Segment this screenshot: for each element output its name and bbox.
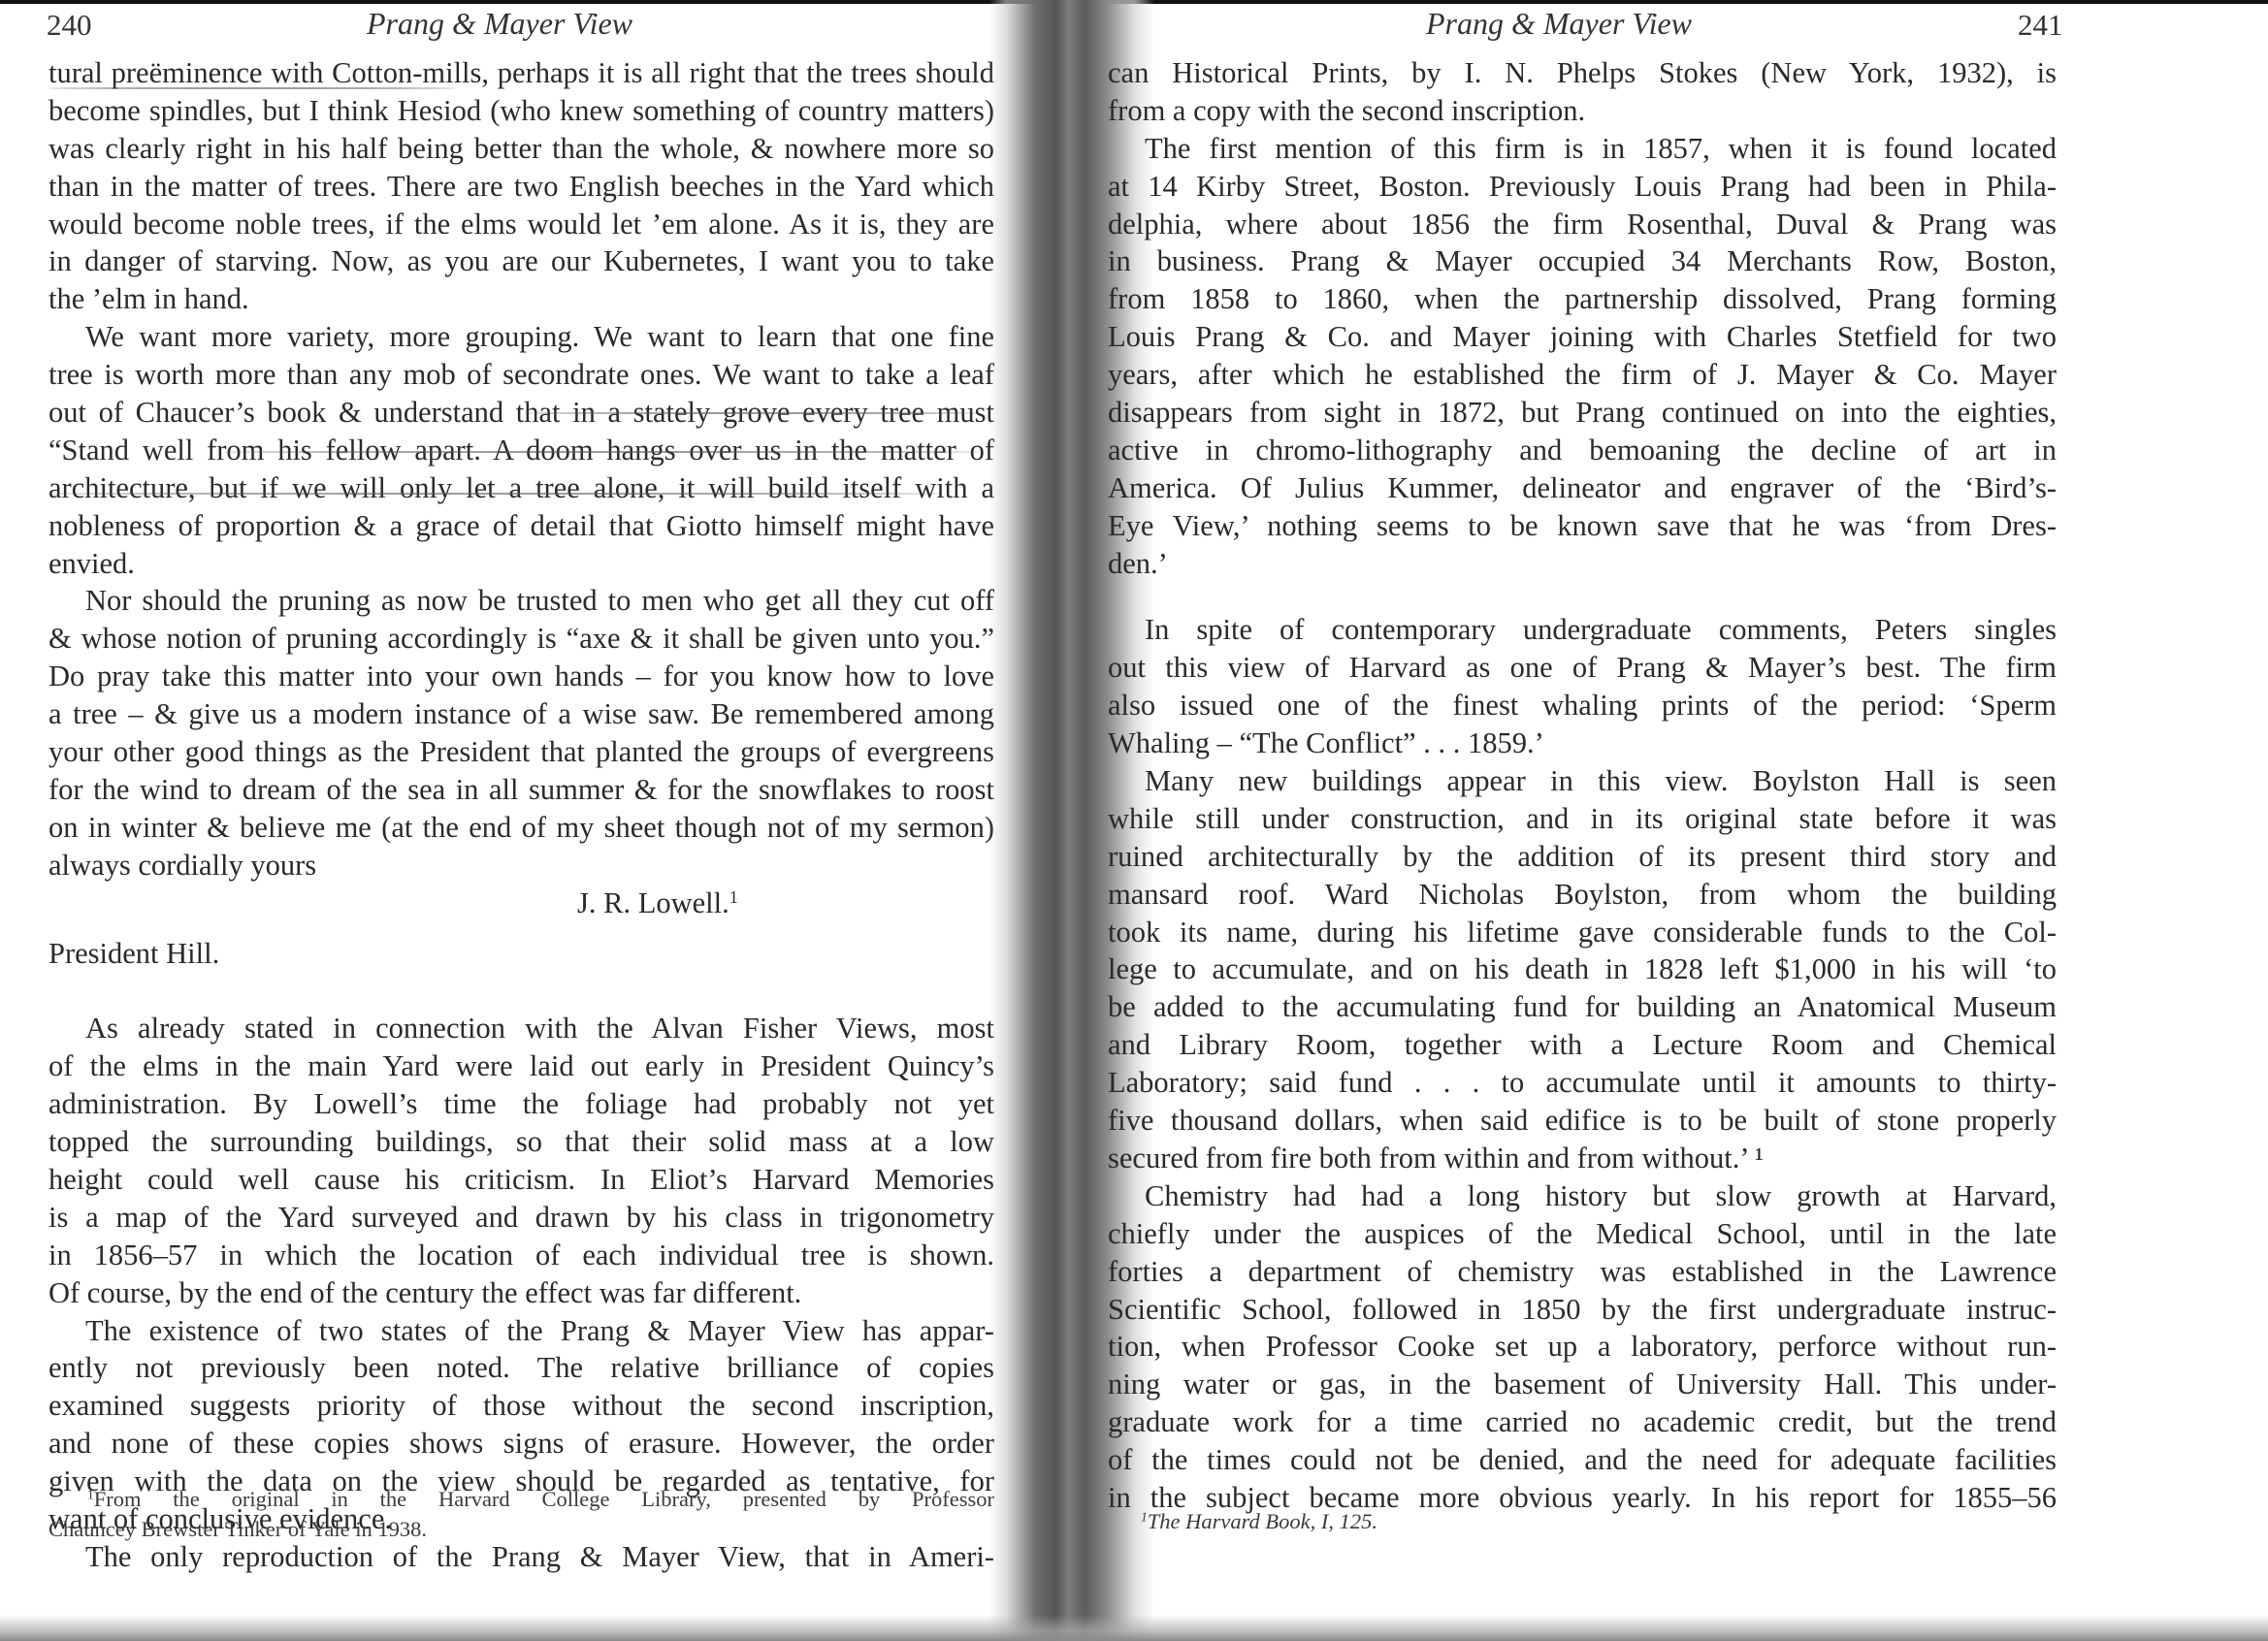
text-line: than in the matter of trees. There are t…	[49, 168, 994, 206]
text-line: We want more variety, more grouping. We …	[49, 318, 994, 356]
text-line: active in chromo-lithography and bemoani…	[1108, 432, 2057, 469]
text-line: out this view of Harvard as one of Prang…	[1108, 649, 2057, 687]
text-line: Many new buildings appear in this view. …	[1108, 762, 2057, 800]
text-line: become spindles, but I think Hesiod (who…	[49, 92, 994, 130]
text-line: forties a department of chemistry was es…	[1108, 1253, 2057, 1291]
text-line: in business. Prang & Mayer occupied 34 M…	[1108, 242, 2057, 280]
body-text: can Historical Prints, by I. N. Phelps S…	[1108, 54, 2057, 1517]
text-line: In spite of contemporary undergraduate c…	[1108, 611, 2057, 649]
footnote-ref: 1	[729, 887, 738, 907]
text-line: was clearly right in his half being bett…	[49, 130, 994, 168]
text-line: disappears from sight in 1872, but Prang…	[1108, 394, 2057, 432]
footnote: 1The Harvard Book, I, 125.	[1141, 1506, 2014, 1536]
text-line: would become noble trees, if the elms wo…	[49, 206, 994, 243]
text-line: secured from fire both from within and f…	[1108, 1140, 2057, 1177]
text-line: As already stated in connection with the…	[49, 1010, 994, 1047]
text-line: years, after which he established the fi…	[1108, 356, 2057, 394]
text-line: delphia, where about 1856 the firm Rosen…	[1108, 206, 2057, 243]
text-line: and Library Room, together with a Lectur…	[1108, 1026, 2057, 1064]
text-line: den.’	[1108, 545, 2057, 583]
text-line: and none of these copies shows signs of …	[49, 1425, 994, 1463]
running-head: Prang & Mayer View	[1426, 6, 1692, 42]
text-line: five thousand dollars, when said edifice…	[1108, 1102, 2057, 1140]
footnote-line: Chauncey Brewster Tinker of Yale in 1938…	[49, 1514, 994, 1544]
text-line: tree is worth more than any mob of secon…	[49, 356, 994, 394]
footnote-line: 1From the original in the Harvard Colleg…	[49, 1484, 994, 1514]
text-line: graduate work for a time carried no acad…	[1108, 1403, 2057, 1441]
text-line: topped the surrounding buildings, so tha…	[49, 1123, 994, 1161]
text-line: The first mention of this firm is in 185…	[1108, 130, 2057, 168]
text-line: on in winter & believe me (at the end of…	[49, 809, 994, 847]
text-line: architecture, but if we will only let a …	[49, 469, 994, 507]
text-line: took its name, during his lifetime gave …	[1108, 914, 2057, 951]
text-line: your other good things as the President …	[49, 733, 994, 771]
text-line: Louis Prang & Co. and Mayer joining with…	[1108, 318, 2057, 356]
text-line: Nor should the pruning as now be trusted…	[49, 582, 994, 620]
text-line: examined suggests priority of those with…	[49, 1387, 994, 1425]
text-line: mansard roof. Ward Nicholas Boylston, fr…	[1108, 876, 2057, 914]
text-line: tion, when Professor Cooke set up a labo…	[1108, 1328, 2057, 1366]
text-line: from a copy with the second inscription.	[1108, 92, 2057, 130]
right-page: Prang & Mayer View 241 can Historical Pr…	[1106, 0, 2076, 1641]
running-head: Prang & Mayer View	[367, 6, 632, 42]
text-line: Of course, by the end of the century the…	[49, 1274, 994, 1312]
text-line: height could well cause his criticism. I…	[49, 1161, 994, 1199]
text-line: Eye View,’ nothing seems to be known sav…	[1108, 507, 2057, 545]
signature: J. R. Lowell.1	[49, 885, 994, 922]
letter-text: tural preëminence with Cotton-mills, per…	[49, 54, 994, 1576]
text-line: is a map of the Yard surveyed and drawn …	[49, 1199, 994, 1237]
text-line: nobleness of proportion & a grace of det…	[49, 507, 994, 545]
text-line: the ’elm in hand.	[49, 280, 994, 318]
text-line: a tree – & give us a modern instance of …	[49, 695, 994, 733]
text-line: Laboratory; said fund . . . to accumulat…	[1108, 1064, 2057, 1102]
text-line: ently not previously been noted. The rel…	[49, 1349, 994, 1387]
text-line: chiefly under the auspices of the Medica…	[1108, 1215, 2057, 1253]
text-line: lege to accumulate, and on his death in …	[1108, 950, 2057, 988]
text-line: Chemistry had had a long history but slo…	[1108, 1177, 2057, 1215]
pencil-underline	[524, 412, 980, 414]
text-line: for the wind to dream of the sea in all …	[49, 771, 994, 809]
footnote: 1From the original in the Harvard Colleg…	[49, 1484, 994, 1544]
text-line: be added to the accumulating fund for bu…	[1108, 988, 2057, 1026]
pencil-underline	[49, 493, 941, 495]
text-line: envied.	[49, 545, 994, 583]
pencil-underline	[223, 451, 980, 453]
text-line: The existence of two states of the Prang…	[49, 1312, 994, 1350]
text-line: Scientific School, followed in 1850 by t…	[1108, 1291, 2057, 1329]
text-line: from 1858 to 1860, when the partnership …	[1108, 280, 2057, 318]
text-line: Do pray take this matter into your own h…	[49, 658, 994, 695]
text-line: America. Of Julius Kummer, delineator an…	[1108, 469, 2057, 507]
scan-bottom-edge	[0, 1615, 2268, 1641]
pencil-underline	[49, 87, 456, 89]
addressee: President Hill.	[49, 935, 994, 973]
text-line: always cordially yours	[49, 847, 994, 885]
page-number: 240	[47, 8, 92, 43]
page-number: 241	[2018, 8, 2063, 43]
footnote-text: The Harvard Book, I, 125.	[1148, 1509, 1377, 1533]
text-line: administration. By Lowell’s time the fol…	[49, 1085, 994, 1123]
text-line: ruined architecturally by the addition o…	[1108, 838, 2057, 876]
text-line: in danger of starving. Now, as you are o…	[49, 242, 994, 280]
text-line: while still under construction, and in i…	[1108, 800, 2057, 838]
text-line: of the times could not be denied, and th…	[1108, 1441, 2057, 1479]
text-line: can Historical Prints, by I. N. Phelps S…	[1108, 54, 2057, 92]
text-line: at 14 Kirby Street, Boston. Previously L…	[1108, 168, 2057, 206]
text-line: & whose notion of pruning accordingly is…	[49, 620, 994, 658]
text-line: also issued one of the finest whaling pr…	[1108, 687, 2057, 724]
left-page: 240 Prang & Mayer View tural preëminence…	[0, 0, 1009, 1641]
text-line: ning water or gas, in the basement of Un…	[1108, 1366, 2057, 1403]
text-line: in 1856–57 in which the location of each…	[49, 1237, 994, 1274]
footnote-marker: 1	[1141, 1510, 1148, 1525]
text-line: of the elms in the main Yard were laid o…	[49, 1047, 994, 1085]
text-line: Whaling – “The Conflict” . . . 1859.’	[1108, 724, 2057, 762]
